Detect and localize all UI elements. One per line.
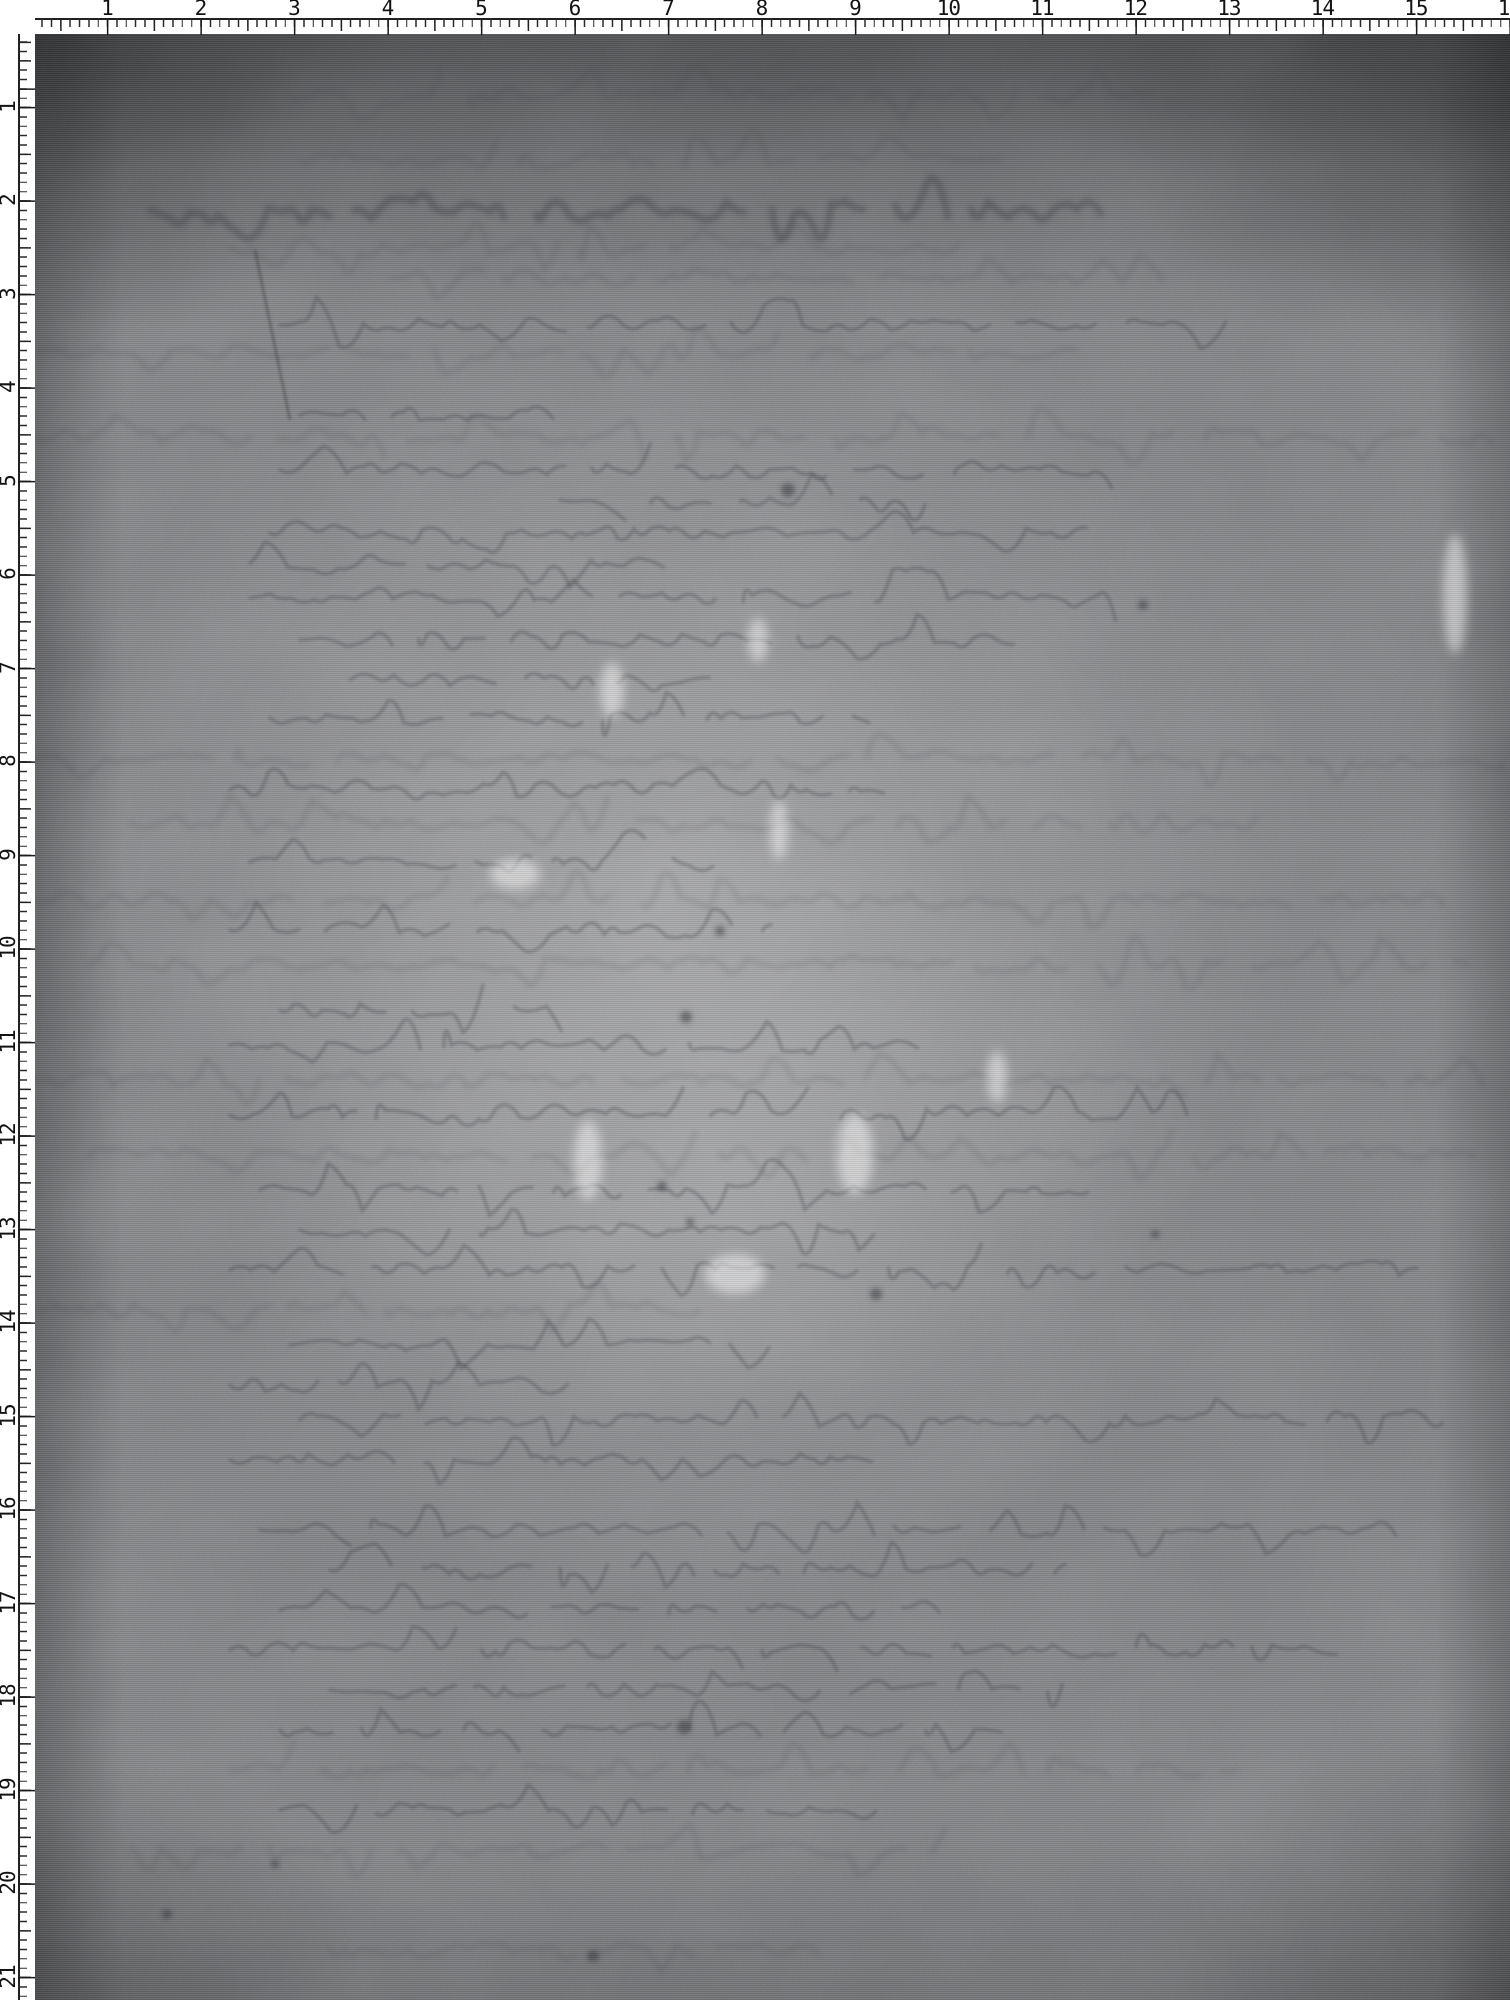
left-ruler-label-20: 20 [0, 1872, 16, 1895]
bright-streak [837, 1114, 873, 1194]
script-line [250, 830, 713, 871]
top-ruler-label-4: 4 [382, 0, 394, 16]
left-ruler-label-18: 18 [0, 1685, 16, 1708]
script-line [90, 1130, 1475, 1179]
bright-streak [987, 1051, 1007, 1103]
script-line [250, 542, 664, 587]
script-line [300, 1209, 874, 1254]
bright-streak [770, 800, 788, 860]
script-lines [35, 66, 1504, 1972]
left-ruler-label-4: 4 [0, 382, 16, 394]
bright-streak [705, 1254, 765, 1294]
script-line [290, 66, 1151, 120]
left-ruler-label-16: 16 [0, 1498, 16, 1521]
ink-spot [870, 1288, 882, 1300]
bright-streak [574, 1120, 602, 1200]
script-line [280, 1785, 876, 1833]
script-line [150, 178, 1124, 240]
ink-spot [657, 1181, 667, 1191]
top-ruler-label-14: 14 [1311, 0, 1334, 16]
script-line [35, 871, 1444, 926]
crease-line [255, 250, 290, 420]
script-line [35, 734, 1504, 786]
script-line [130, 1825, 945, 1876]
left-ruler-label-3: 3 [0, 288, 16, 300]
script-line [270, 512, 1086, 553]
script-line [250, 568, 1116, 620]
script-line [390, 255, 1162, 299]
bright-streak [600, 662, 624, 718]
script-line [350, 673, 709, 690]
script-line [300, 1393, 1442, 1445]
script-line [230, 769, 884, 800]
script-line [230, 1087, 1187, 1140]
top-ruler: 012345678910111213141516 [0, 0, 1510, 34]
script-line [130, 795, 1256, 843]
top-ruler-label-15: 15 [1404, 0, 1427, 16]
left-ruler: 123456789101112131415161718192021 [0, 0, 35, 2000]
ink-spot [686, 1218, 694, 1226]
left-ruler-label-11: 11 [0, 1030, 16, 1053]
top-ruler-label-8: 8 [756, 0, 768, 16]
handwriting-layer [35, 34, 1510, 2000]
script-line [280, 985, 561, 1032]
left-ruler-label-5: 5 [0, 475, 16, 487]
left-ruler-label-1: 1 [0, 101, 16, 113]
ink-spot [677, 1720, 691, 1734]
script-line [300, 407, 583, 420]
top-ruler-label-9: 9 [849, 0, 861, 16]
ink-spot [587, 1950, 599, 1962]
left-ruler-label-15: 15 [0, 1404, 16, 1427]
left-ruler-label-12: 12 [0, 1124, 16, 1147]
script-line [330, 1944, 819, 1973]
top-ruler-label-13: 13 [1217, 0, 1240, 16]
script-line [300, 615, 1013, 659]
left-ruler-label-13: 13 [0, 1217, 16, 1240]
script-line [230, 1741, 1237, 1779]
script-line [230, 1363, 567, 1409]
ink-spot [1151, 1230, 1159, 1238]
ruler-corner [0, 0, 35, 34]
left-ruler-label-2: 2 [0, 195, 16, 207]
script-line [230, 223, 982, 272]
document-scan-image [35, 34, 1510, 2000]
top-ruler-label-10: 10 [937, 0, 960, 16]
manuscript-scan-page: 012345678910111213141516 123456789101112… [0, 0, 1510, 2000]
script-line [35, 1282, 726, 1331]
bright-streak [748, 618, 768, 662]
left-ruler-label-10: 10 [0, 937, 16, 960]
top-ruler-label-16: 16 [1498, 0, 1510, 16]
top-ruler-label-1: 1 [101, 0, 113, 16]
left-ruler-label-14: 14 [0, 1311, 16, 1334]
script-line [300, 130, 1024, 167]
ink-spot [715, 926, 725, 936]
script-line [560, 475, 925, 520]
left-ruler-label-17: 17 [0, 1591, 16, 1614]
ink-spot [162, 1909, 172, 1919]
script-line [230, 1627, 1337, 1671]
script-line [330, 1543, 1065, 1593]
script-line [280, 1701, 1002, 1751]
ink-spot [1138, 600, 1148, 610]
script-line [35, 328, 1076, 376]
top-ruler-label-3: 3 [288, 0, 300, 16]
left-ruler-label-9: 9 [0, 849, 16, 861]
top-ruler-label-11: 11 [1030, 0, 1053, 16]
script-line [280, 297, 1226, 348]
top-ruler-label-5: 5 [475, 0, 487, 16]
script-line [280, 444, 1112, 488]
ink-spot [680, 1011, 692, 1023]
bright-streak [490, 859, 540, 889]
bright-spots [490, 534, 1467, 1294]
script-line [230, 903, 771, 952]
left-ruler-label-7: 7 [0, 662, 16, 674]
script-line [270, 693, 869, 736]
bright-streak [1443, 534, 1467, 654]
ink-spot [271, 1860, 279, 1868]
script-line [260, 1503, 1396, 1555]
script-line [35, 1053, 1483, 1103]
top-ruler-label-2: 2 [195, 0, 207, 16]
left-ruler-label-6: 6 [0, 569, 16, 581]
left-ruler-label-8: 8 [0, 756, 16, 768]
script-line [290, 1319, 769, 1368]
script-line [35, 409, 1492, 464]
left-ruler-label-21: 21 [0, 1965, 16, 1988]
left-ruler-cm-ticks [18, 18, 35, 2000]
top-ruler-cm-ticks [18, 18, 1510, 35]
script-line [260, 1160, 1107, 1215]
left-ruler-label-19: 19 [0, 1778, 16, 1801]
ink-spot [781, 483, 795, 497]
script-line [230, 1019, 917, 1062]
script-line [90, 937, 1468, 989]
top-ruler-label-7: 7 [662, 0, 674, 16]
script-line [280, 1585, 939, 1620]
top-ruler-label-6: 6 [569, 0, 581, 16]
top-ruler-label-12: 12 [1124, 0, 1147, 16]
script-line [230, 1244, 1417, 1295]
